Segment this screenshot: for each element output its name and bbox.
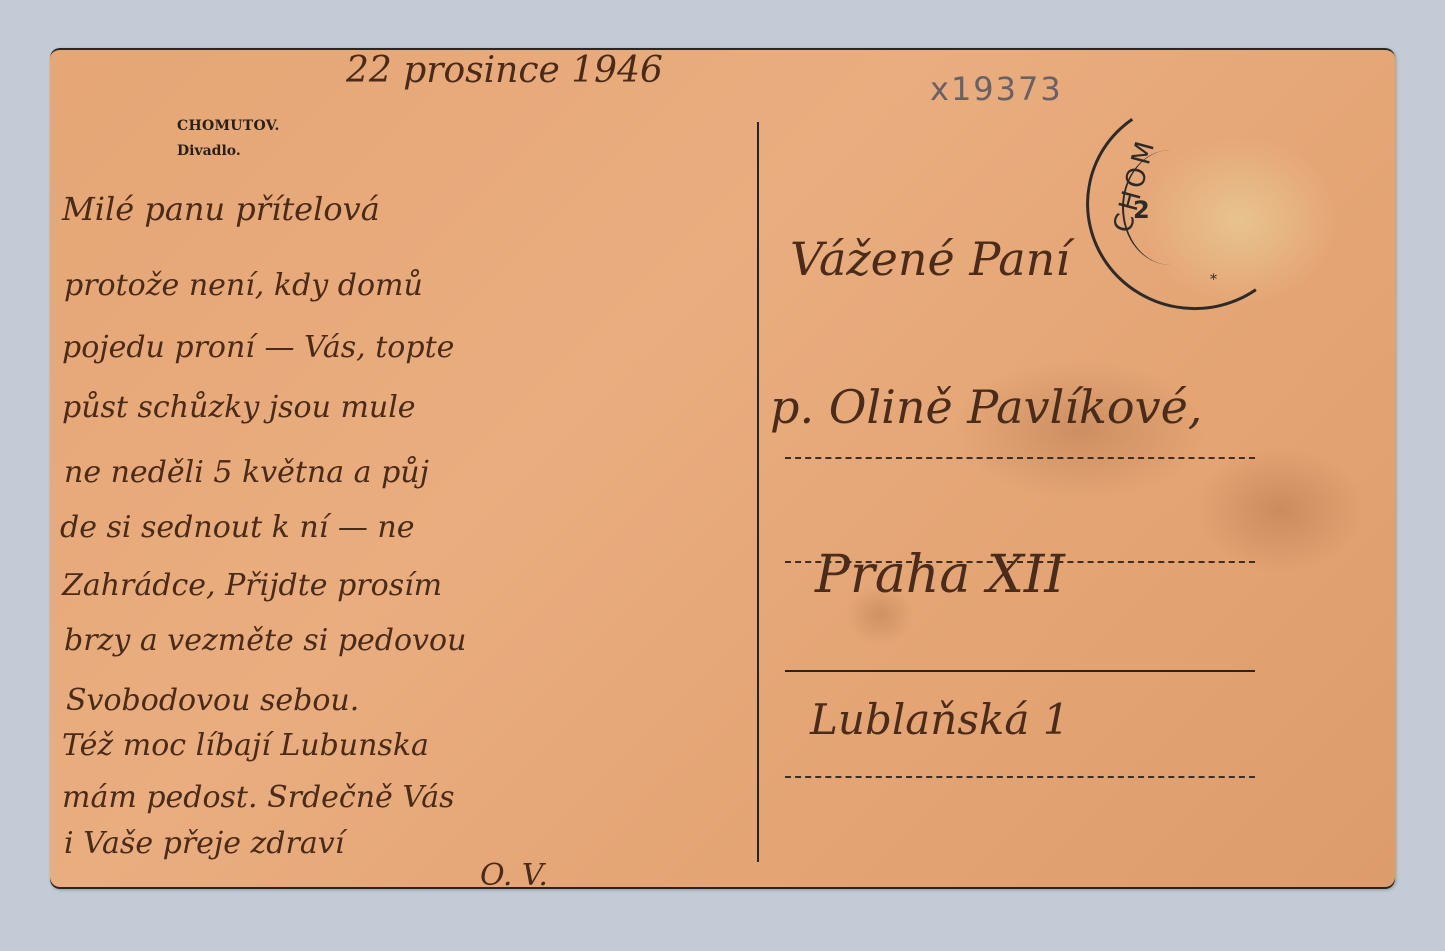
message-line: i Vaše přeje zdraví xyxy=(64,826,344,861)
postmark-number: 2 xyxy=(1133,196,1150,224)
printed-caption-title: CHOMUTOV. xyxy=(177,118,280,134)
address-salutation: Vážené Paní xyxy=(790,232,1070,286)
pencil-reference: x19373 xyxy=(930,70,1063,108)
message-line: brzy a vezměte si pedovou xyxy=(64,623,466,658)
message-line: Milé panu přítelová xyxy=(62,190,380,228)
address-line-2 xyxy=(785,561,1255,563)
postmark-star-icon: * xyxy=(1210,272,1217,288)
address-line-3 xyxy=(785,670,1255,672)
signature: O. V. xyxy=(480,858,548,893)
message-line: protože není, kdy domů xyxy=(64,268,423,303)
message-line: Též moc líbají Lubunska xyxy=(62,728,429,763)
address-city: Praha XII xyxy=(815,545,1065,605)
printed-caption-subtitle: Divadlo. xyxy=(177,143,241,159)
message-line: de si sednout k ní — ne xyxy=(60,510,414,545)
message-line: půst schůzky jsou mule xyxy=(62,390,416,425)
message-line: mám pedost. Srdečně Vás xyxy=(62,780,455,815)
handwritten-date: 22 prosince 1946 xyxy=(346,50,663,91)
address-line-4 xyxy=(785,776,1255,778)
vertical-divider xyxy=(757,122,759,862)
address-street: Lublaňská 1 xyxy=(810,695,1069,744)
address-line-1 xyxy=(785,457,1255,459)
message-line: pojedu proní — Vás, topte xyxy=(62,330,454,365)
message-line: ne neděli 5 května a půj xyxy=(64,455,429,490)
message-line: Zahrádce, Přijdte prosím xyxy=(62,568,442,603)
message-line: Svobodovou sebou. xyxy=(66,683,359,718)
address-recipient: p. Olině Pavlíkové, xyxy=(770,380,1202,434)
